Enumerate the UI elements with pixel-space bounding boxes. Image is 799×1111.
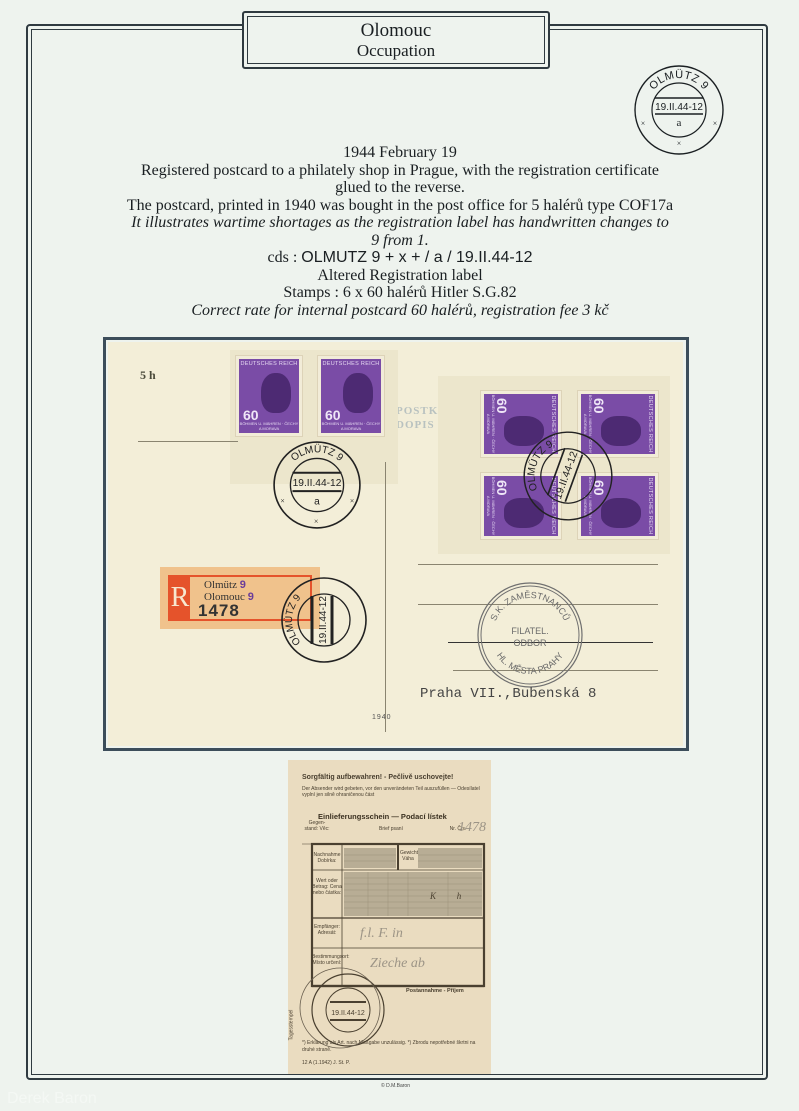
svg-text:×: ×: [280, 496, 285, 505]
row-label: Gegen-stand: Věc:: [302, 820, 332, 832]
svg-text:ODBOR: ODBOR: [513, 638, 547, 648]
description-line: The postcard, printed in 1940 was bought…: [60, 197, 740, 215]
description-date: 1944 February 19: [60, 144, 740, 162]
svg-text:×: ×: [314, 517, 319, 526]
amount-unit: K: [428, 893, 438, 899]
svg-text:HL. MĚSTA PRAHY: HL. MĚSTA PRAHY: [495, 651, 565, 677]
page-title: Olomouc: [248, 21, 544, 41]
tagesstempel-label: Tagesstempel: [288, 1010, 294, 1041]
portrait: [261, 373, 291, 413]
handwritten-correction: 9: [240, 579, 246, 591]
registration-r: R: [170, 577, 190, 619]
svg-text:19.II.44-12: 19.II.44-12: [331, 1010, 365, 1017]
svg-text:19.II.44-12: 19.II.44-12: [553, 450, 580, 501]
svg-text:×: ×: [350, 496, 355, 505]
description-line: Registered postcard to a philately shop …: [60, 162, 740, 180]
cds-postmark: OLMÜTZ 9 19.II.44-12: [520, 428, 616, 524]
form-code: 12 A (1.1942) J. St. P.: [302, 1060, 350, 1066]
card-divider: [385, 462, 386, 732]
portrait: [343, 373, 373, 413]
description-line-italic: It illustrates wartime shortages as the …: [60, 214, 740, 232]
handwritten-number: 1478: [458, 820, 486, 836]
certificate-grid: 19.II.44-12: [288, 760, 491, 1074]
description-line: glued to the reverse.: [60, 179, 740, 197]
address-line: [418, 564, 658, 565]
postmark-illustration: OLMÜTZ 9 19.II.44-12 a × × ×: [633, 64, 725, 156]
description-line-italic: 9 from 1.: [60, 232, 740, 250]
stamp-60h-hitler: DEUTSCHES REICH60BÖHMEN U. MÄHREN · ČECH…: [318, 356, 384, 436]
imprint-value: 5 h: [140, 368, 156, 383]
copyright: © D.M.Baron: [381, 1083, 410, 1089]
row-label: Empfänger: Adresát:: [312, 924, 342, 936]
registration-certificate: Sorgfältig aufbewahren! - Pečlivě uschov…: [288, 760, 491, 1074]
description-cds: cds : OLMUTZ 9 + x + / a / 19.II.44-12: [60, 249, 740, 267]
handwritten-place: Zieche ab: [370, 956, 425, 972]
row-label: Wert oder Betrag: Cena nebo částka:: [312, 878, 342, 896]
handwritten-recipient: f.l. F. in: [360, 926, 403, 942]
cds-postmark: OLMÜTZ 9 19.II.44-12 a ×××: [270, 438, 364, 532]
stamp-60h-hitler: DEUTSCHES REICH60BÖHMEN U. MÄHREN · ČECH…: [236, 356, 302, 436]
svg-text:19.II.44-12: 19.II.44-12: [293, 478, 342, 489]
philatelic-club-cachet: S.K. ZAMĚSTNANCŮ HL. MĚSTA PRAHY FILATEL…: [475, 580, 585, 690]
printed-year: 1940: [372, 714, 392, 721]
description-line: Stamps : 6 x 60 halérů Hitler S.G.82: [60, 284, 740, 302]
card-rule: [138, 441, 238, 442]
description-block: 1944 February 19 Registered postcard to …: [60, 144, 740, 319]
column-label: Brief psaní: [378, 826, 404, 832]
watermark: Derek Baron: [7, 1090, 97, 1108]
postannahme-label: Postannahme - Příjem: [406, 988, 464, 994]
cds-postmark: OLMÜTZ 9 19.II.44-12: [278, 574, 370, 666]
certificate-footnotes: *) Erklärung als Art. nach Maßgabe unzul…: [302, 1040, 482, 1054]
reg-office-german: Olmütz 9: [204, 579, 246, 591]
page-title-box: Olomouc Occupation: [242, 11, 550, 69]
registration-number: 1478: [198, 601, 240, 621]
recipient-address: Praha VII.,Bubenská 8: [420, 686, 596, 702]
description-line-italic: Correct rate for internal postcard 60 ha…: [60, 302, 740, 320]
svg-text:19.II.44-12: 19.II.44-12: [318, 596, 329, 644]
postmark-letter: a: [677, 117, 682, 129]
row-label: Bestimmungsort: Místo určení:: [312, 954, 342, 966]
postmark-date: 19.II.44-12: [655, 102, 703, 113]
cds-value: OLMUTZ 9 + x + / a / 19.II.44-12: [301, 249, 532, 266]
row-label: Nachnahme Dobírka:: [312, 852, 342, 864]
page-subtitle: Occupation: [248, 41, 544, 60]
svg-text:S.K. ZAMĚSTNANCŮ: S.K. ZAMĚSTNANCŮ: [488, 590, 572, 622]
handwritten-correction: 9: [248, 591, 254, 603]
amount-unit: h: [454, 893, 464, 899]
column-label: Gewicht Váha: [400, 850, 416, 862]
description-line: Altered Registration label: [60, 267, 740, 285]
postcard: 5 h POSTKADOPIS DEUTSCHES REICH60BÖHMEN …: [108, 342, 683, 746]
svg-text:×: ×: [713, 119, 718, 128]
svg-text:a: a: [314, 496, 320, 507]
svg-text:FILATEL.: FILATEL.: [511, 626, 548, 636]
svg-text:×: ×: [641, 119, 646, 128]
